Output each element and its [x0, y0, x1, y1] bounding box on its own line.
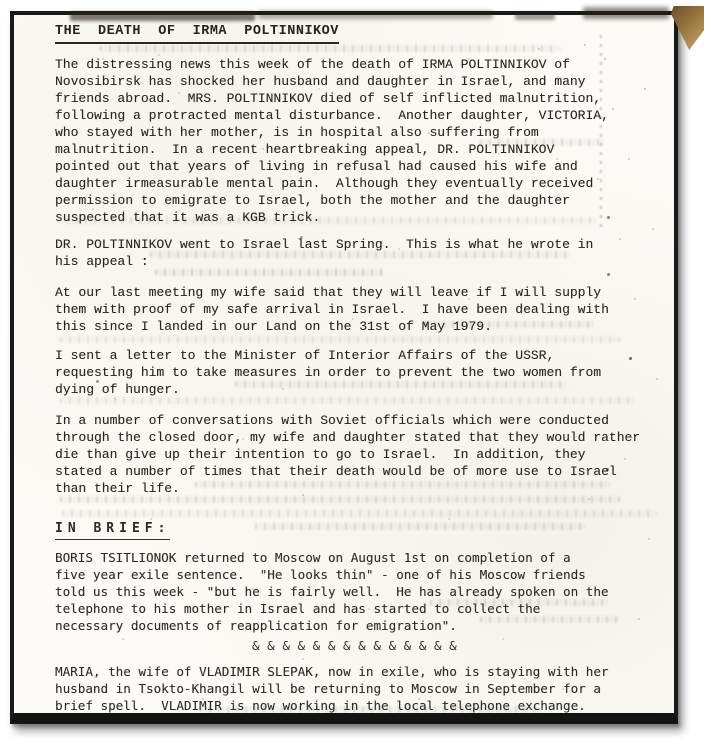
- ampersand-divider: & & & & & & & & & & & & & &: [55, 637, 658, 654]
- in-brief-heading: IN BRIEF:: [55, 520, 658, 540]
- obituary-section: THE DEATH OF IRMA POLTINNIKOV The distre…: [55, 23, 658, 497]
- obituary-paragraph-1: The distressing news this week of the de…: [55, 56, 658, 226]
- obituary-paragraph-2: DR. POLTINNIKOV went to Israel last Spri…: [55, 236, 658, 270]
- appeal-quote-paragraph-3: In a number of conversations with Soviet…: [55, 412, 658, 497]
- document-title-text: THE DEATH OF IRMA POLTINNIKOV: [55, 23, 339, 44]
- noise-speckles-dark: [0, 0, 3, 3]
- brief-item-slepak: MARIA, the wife of VLADIMIR SLEPAK, now …: [55, 663, 658, 714]
- in-brief-section: IN BRIEF: BORIS TSITLIONOK returned to M…: [55, 520, 658, 714]
- in-brief-heading-text: IN BRIEF:: [55, 520, 170, 540]
- brief-item-tsitlionok: BORIS TSITLIONOK returned to Moscow on A…: [55, 549, 658, 634]
- appeal-quote-paragraph-1: At our last meeting my wife said that th…: [55, 284, 658, 335]
- noise-speckles: [0, 0, 2, 2]
- document-page: THE DEATH OF IRMA POLTINNIKOV The distre…: [10, 11, 678, 724]
- document-title: THE DEATH OF IRMA POLTINNIKOV: [55, 23, 658, 44]
- appeal-quote-paragraph-2: I sent a letter to the Minister of Inter…: [55, 347, 658, 398]
- scan-canvas: { "document": { "title": "THE DEATH OF I…: [0, 0, 714, 750]
